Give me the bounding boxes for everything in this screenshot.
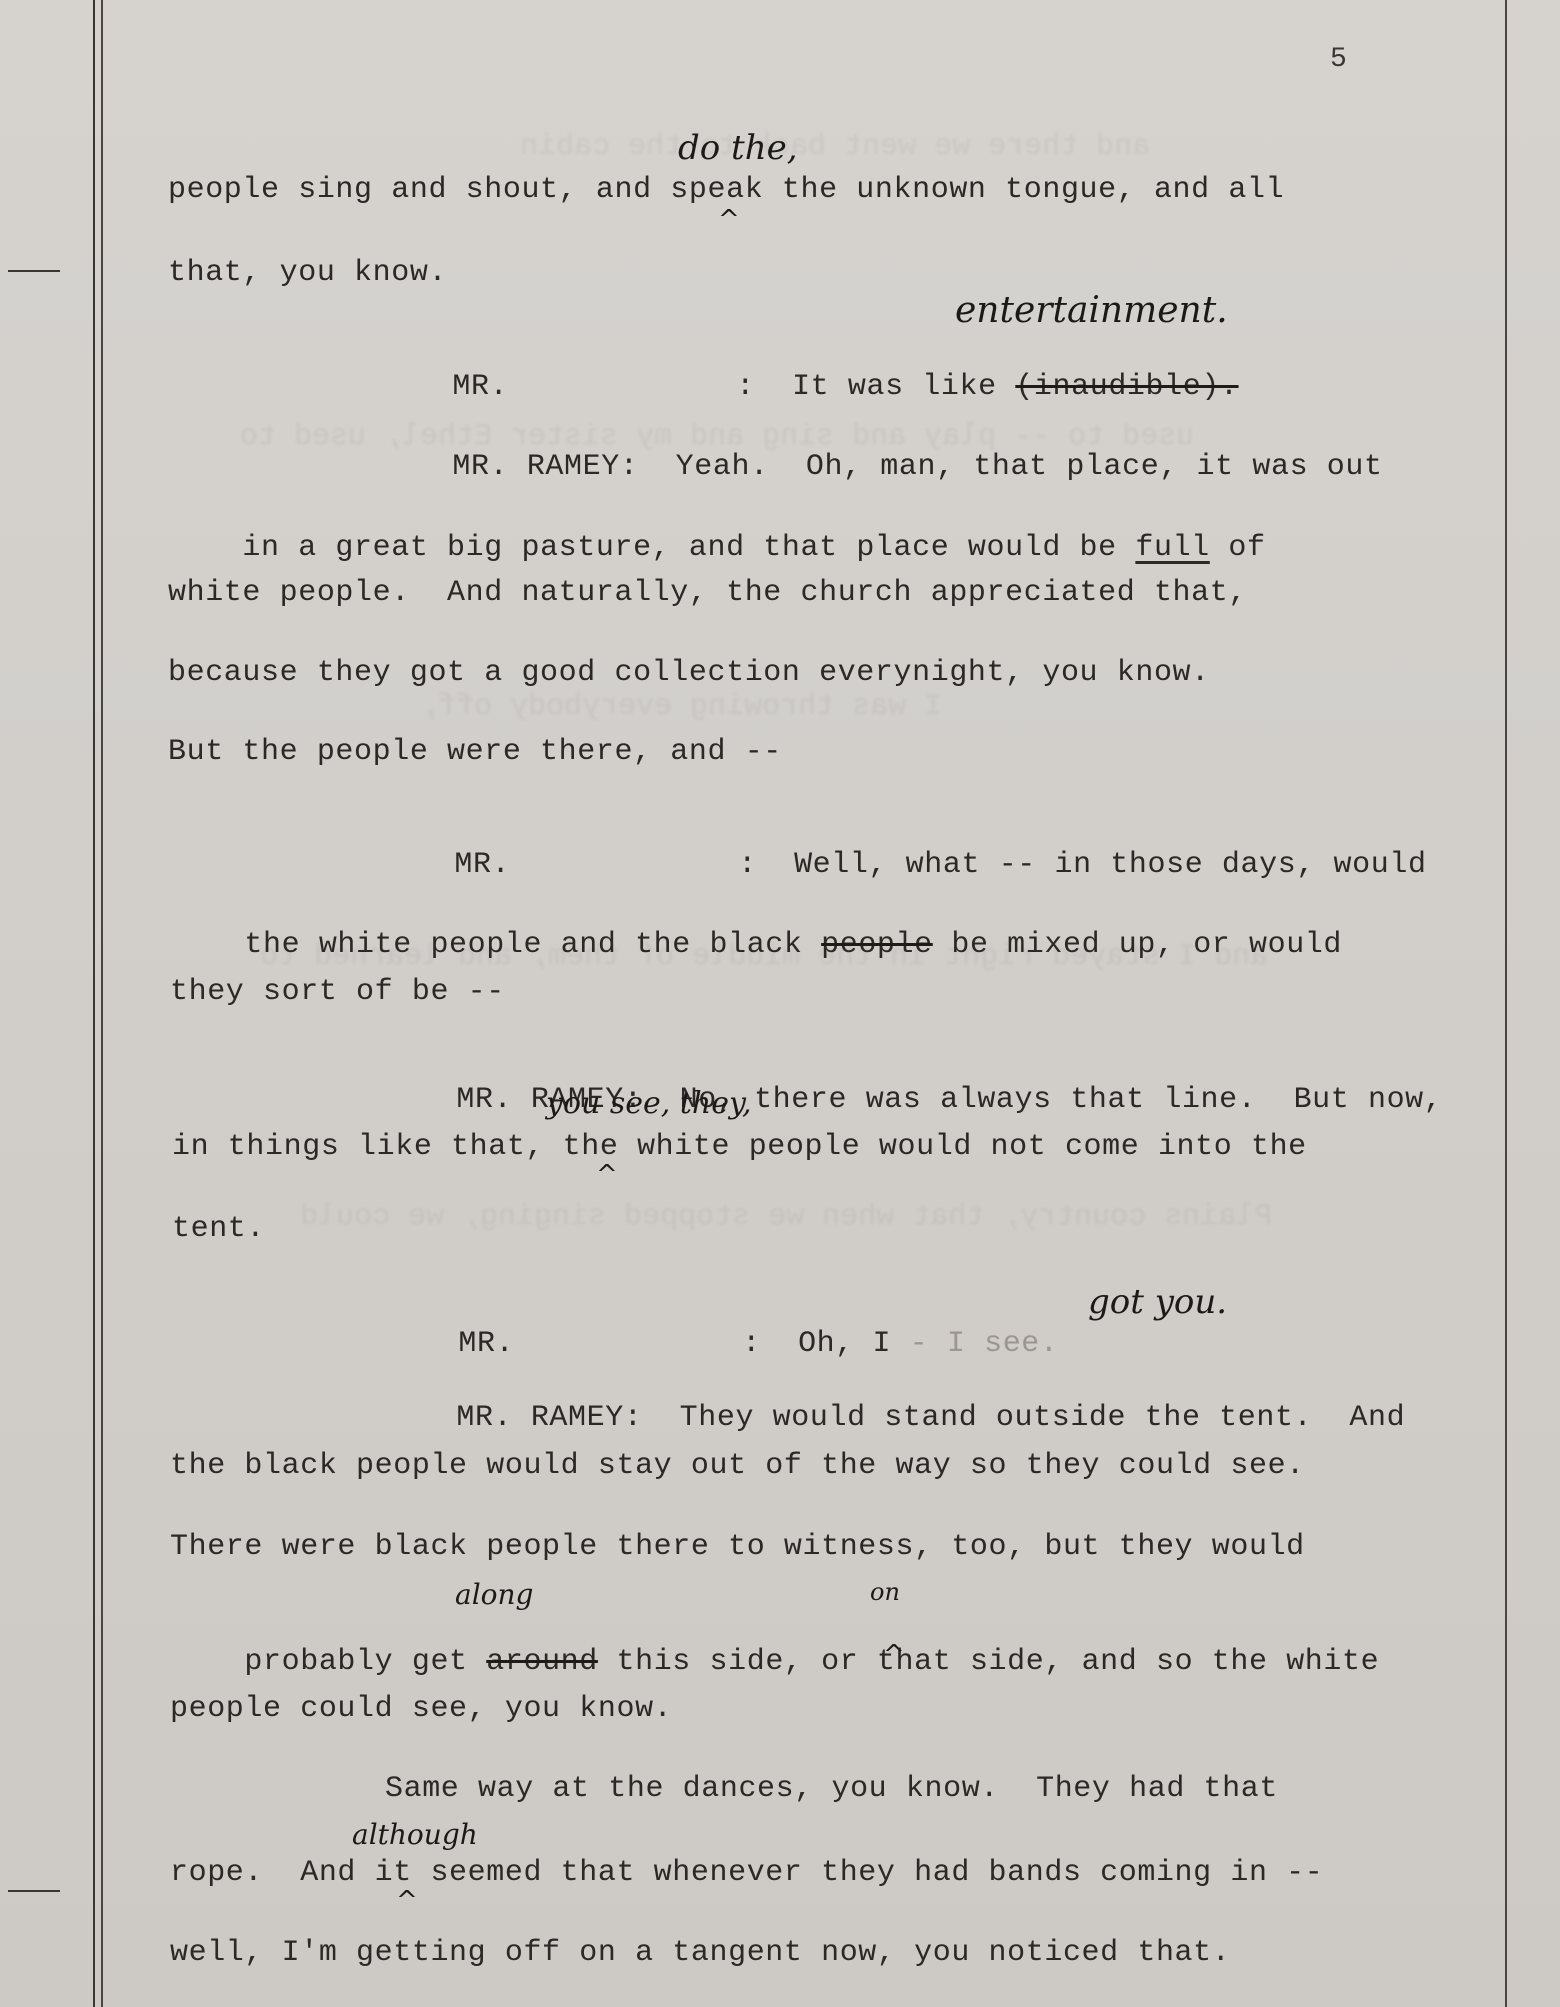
line-text: Yeah. Oh, man, that place, it was out [676,450,1383,484]
struck-text: around [486,1645,598,1679]
insertion-caret: ^ [596,1160,618,1190]
transcript-line: white people. And naturally, the church … [168,576,1247,610]
right-margin-rule [1505,0,1507,2007]
handwritten-insertion: do the, [678,128,798,168]
transcript-line: in things like that, the white people wo… [172,1130,1307,1164]
speaker-label: MR. RAMEY: [452,450,638,484]
transcript-line: There were black people there to witness… [170,1530,1305,1564]
transcript-line: rope. And it seemed that whenever they h… [170,1856,1323,1890]
struck-text: (inaudible). [1015,370,1238,404]
transcript-line: because they got a good collection every… [168,656,1210,690]
transcript-line: tent. [172,1212,265,1246]
transcript-line: they sort of be -- [170,975,505,1009]
handwritten-insertion: on [870,1578,900,1606]
handwritten-insertion: although [352,1818,478,1851]
line-text: It was like [792,370,1015,404]
typed-transcript-page: and there we went back to the cabin used… [0,0,1560,2007]
handwritten-insertion: you see, they, [546,1086,751,1121]
margin-tick [8,270,60,272]
transcript-line: people could see, you know. [170,1692,672,1726]
transcript-line: the black people would stay out of the w… [170,1449,1305,1483]
transcript-line: people sing and shout, and speak the unk… [168,173,1284,207]
insertion-caret: ^ [883,1640,905,1670]
speaker-label: MR. [458,1327,514,1361]
line-text: Well, what -- in those days, would [794,848,1427,882]
line-text: No, there was always that line. But now, [680,1083,1443,1117]
bleed-through-text: Plains country, that when we stopped sin… [300,1200,1272,1234]
handwritten-insertion: got you. [1088,1282,1227,1322]
line-text: They would stand outside the tent. And [680,1401,1406,1435]
underlined-word: full [1135,531,1209,565]
handwritten-insertion: along [455,1578,533,1611]
insertion-caret: ^ [718,205,740,235]
line-text: Oh, I [798,1327,891,1361]
speaker-colon: : [738,848,757,882]
insertion-caret: ^ [396,1886,418,1916]
page-number: 5 [1330,44,1347,75]
bleed-through-text: I was throwing everybody off, [420,690,942,724]
bleed-through-text: and there we went back to the cabin [520,130,1150,164]
speaker-colon: : [736,370,755,404]
handwritten-insertion: entertainment. [955,290,1228,331]
erased-text: - I see. [891,1327,1058,1361]
speaker-label: MR. [452,370,508,404]
transcript-line: But the people were there, and -- [168,735,782,769]
left-margin-rule [93,0,95,2007]
speaker-label: MR. [454,848,510,882]
struck-text: people [821,928,933,962]
speaker-label: MR. RAMEY: [456,1401,642,1435]
transcript-line: that, you know. [168,256,447,290]
margin-tick [8,1890,60,1892]
transcript-line: well, I'm getting off on a tangent now, … [170,1936,1230,1970]
left-margin-rule-inner [101,0,103,2007]
speaker-colon: : [742,1327,761,1361]
transcript-line: Same way at the dances, you know. They h… [385,1772,1278,1806]
